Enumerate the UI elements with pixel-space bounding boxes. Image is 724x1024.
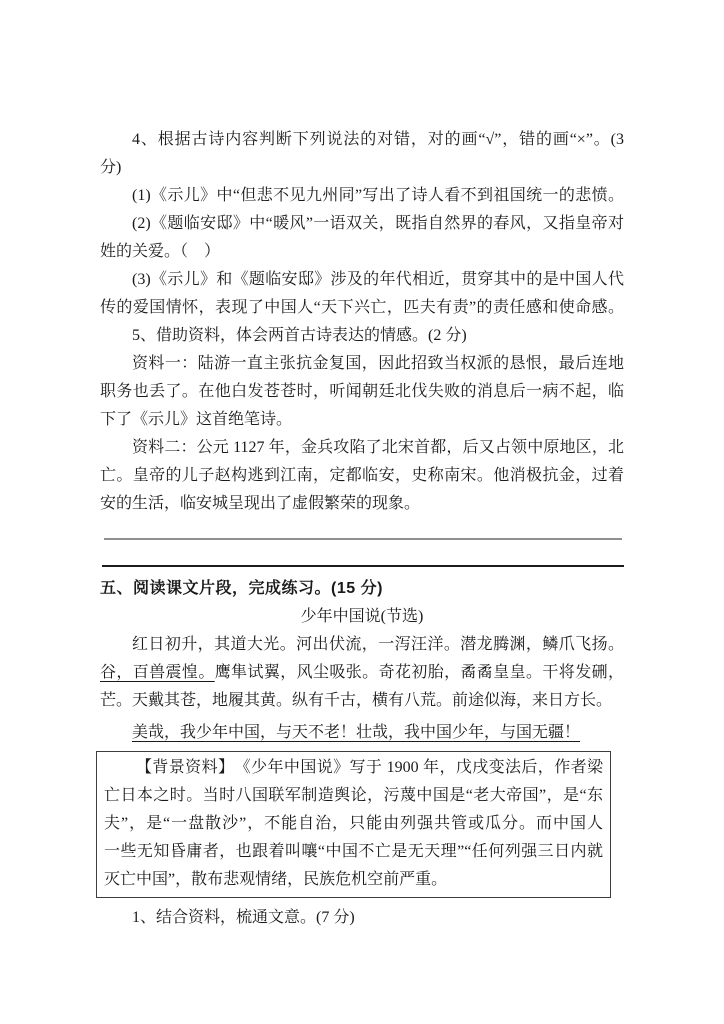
question-4-item-1: (1)《示儿》中“但悲不见九州同”写出了诗人看不到祖国统一的悲愤。（ ） (100, 182, 624, 210)
question-5-line: 5、借助资料，体会两首古诗表达的情感。(2 分) (100, 322, 624, 350)
background-info-line-2: 亡日本之时。当时八国联军制造舆论，污蔑中国是“老大帝国”，是“东亚病 (104, 782, 603, 810)
subquestion-1-line: 1、结合资料，梳通文意。(7 分) (100, 904, 624, 932)
question-4-item-3-line-1: (3)《示儿》和《题临安邸》涉及的年代相近，贯穿其中的是中国人代代相 (100, 266, 624, 294)
passage-line-1-text: 红日初升，其道大光。河出伏流，一泻汪洋。潜龙腾渊，鳞爪飞扬。 (132, 636, 624, 653)
background-info-line-5: 灭亡中国”，散布悲观情绪，民族危机空前严重。 (104, 866, 603, 894)
background-info-line-4: 一些无知昏庸者，也跟着叫嚷“中国不亡是无天理”“任何列强三日内就可以 (104, 838, 603, 866)
passage-line-2-underlined: 谷，百兽震惶。 (100, 664, 215, 681)
material-1-line-1: 资料一：陆游一直主张抗金复国，因此招致当权派的恳恨，最后连地方官的 (100, 350, 624, 378)
section-5-heading: 五、阅读课文片段，完成练习。(15 分) (100, 575, 624, 603)
passage-line-1: 红日初升，其道大光。河出伏流，一泻汪洋。潜龙腾渊，鳞爪飞扬。乳虎啸 (100, 631, 624, 659)
passage-line-2: 谷，百兽震惶。鹰隼试翼，风尘吸张。奇花初胎，矞矞皇皇。干将发硎，有作其 (100, 659, 624, 687)
question-4-line-2: 分) (100, 154, 624, 182)
background-info-box: 【背景资料】 《少年中国说》写于 1900 年，戊戌变法后，作者梁启超流 亡日本… (96, 751, 611, 898)
section-divider-top-rule (104, 538, 622, 540)
background-info-line-1: 【背景资料】 《少年中国说》写于 1900 年，戊戌变法后，作者梁启超流 (104, 754, 603, 782)
material-1-line-2: 职务也丢了。在他白发苍苍时，听闻朝廷北伐失败的消息后一病不起，临终前留 (100, 378, 624, 406)
material-1-line-3: 下了《示儿》这首绝笔诗。 (100, 406, 624, 434)
text-column: 4、根据古诗内容判断下列说法的对错，对的画“√”，错的画“×”。(3 分) (1… (100, 126, 624, 932)
material-2-line-1: 资料二：公元 1127 年，金兵攻陷了北宋首都，后又占领中原地区，北宋灭 (100, 434, 624, 462)
material-2-line-2: 亡。皇帝的儿子赵构逃到江南，定都临安，史称南宋。他消极抗金，过着苟且偷 (100, 462, 624, 490)
passage-title: 少年中国说(节选) (100, 603, 624, 631)
question-4-item-3-line-2: 传的爱国情怀，表现了中国人“天下兴亡，匹夫有责”的责任感和使命感。（ ） (100, 294, 624, 322)
material-2-line-3: 安的生活，临安城呈现出了虚假繁荣的现象。 (100, 490, 624, 518)
passage-exclamation-line: 美哉，我少年中国，与天不老！壮哉，我中国少年，与国无疆！ (100, 719, 624, 747)
passage-exclamation-underlined: 美哉，我少年中国，与天不老！壮哉，我中国少年，与国无疆！ (132, 724, 580, 741)
background-info-line-3: 夫”，是“一盘散沙”，不能自治，只能由列强共管或瓜分。而中国人中，有 (104, 810, 603, 838)
question-4-item-2-line-2: 姓的关爱。（ ） (100, 238, 624, 266)
question-4-line-1: 4、根据古诗内容判断下列说法的对错，对的画“√”，错的画“×”。(3 (100, 126, 624, 154)
exam-paper-page: 4、根据古诗内容判断下列说法的对错，对的画“√”，错的画“×”。(3 分) (1… (0, 0, 724, 1024)
question-4-item-2-line-1: (2)《题临安邸》中“暖风”一语双关，既指自然界的春风，又指皇帝对百 (100, 210, 624, 238)
passage-line-3: 芒。天戴其苍，地履其黄。纵有千古，横有八荒。前途似海，来日方长。 (100, 687, 624, 715)
section-divider-bottom-rule (102, 565, 624, 567)
